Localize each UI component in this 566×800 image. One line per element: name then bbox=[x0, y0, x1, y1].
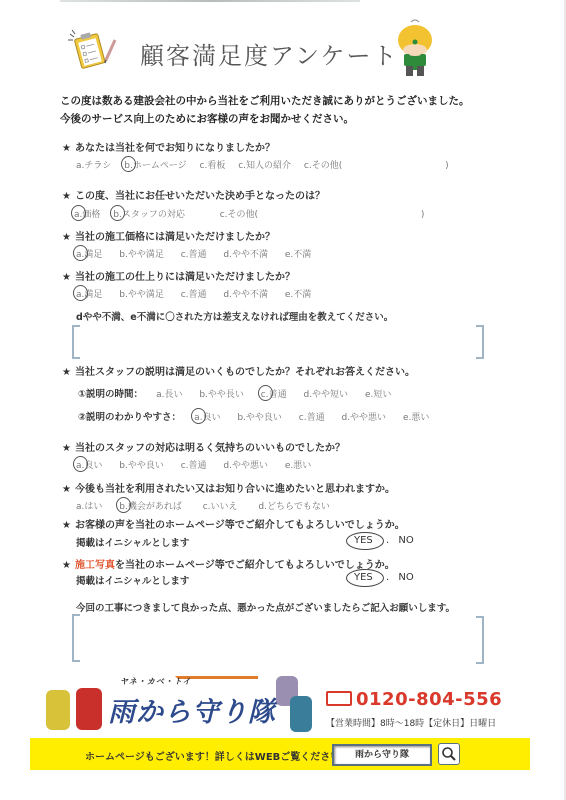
hero-character-blue-icon bbox=[290, 696, 312, 732]
comments-box-left-bracket bbox=[72, 614, 80, 662]
option-e[interactable]: e.悪い bbox=[285, 458, 311, 471]
option-a[interactable]: a.はい bbox=[76, 499, 102, 512]
question-7-options: a.はい b.機会があれば c.いいえ d.どちらでもない bbox=[76, 499, 340, 512]
question-3-options: a.満足 b.やや満足 c.普通 d.やや不満 e.不満 bbox=[76, 247, 321, 260]
no-option[interactable]: NO bbox=[398, 572, 413, 583]
intro-line-2: 今後のサービス向上のためにお客様の声をお聞かせください。 bbox=[60, 111, 354, 126]
option-e[interactable]: e.不満 bbox=[285, 287, 311, 300]
option-a-selected[interactable]: a.満足 bbox=[76, 247, 102, 260]
question-5: ★当社スタッフの説明は満足のいくものでしたか？それぞれお答えください。 bbox=[62, 363, 415, 378]
search-button[interactable] bbox=[438, 743, 460, 765]
phone-number[interactable]: 0120-804-556 bbox=[326, 689, 502, 710]
free-dial-icon bbox=[326, 691, 352, 706]
option-other-close: ) bbox=[445, 161, 449, 171]
sub-label: ①説明の時間： bbox=[78, 389, 143, 400]
option-c[interactable]: c.看板 bbox=[200, 158, 226, 171]
option-a[interactable]: a.長い bbox=[156, 387, 182, 400]
star-icon: ★ bbox=[62, 232, 71, 243]
separator: . bbox=[386, 535, 389, 546]
star-icon: ★ bbox=[62, 484, 71, 495]
star-icon: ★ bbox=[62, 560, 71, 571]
question-5-sub-2: ②説明のわかりやすさ： a.良い b.やや良い c.普通 d.やや悪い e.悪い bbox=[78, 409, 439, 423]
question-text: 今後も当社を利用されたい又はお知り合いに進めたいと思われますか。 bbox=[75, 484, 395, 495]
option-c[interactable]: c.普通 bbox=[299, 410, 325, 423]
option-d[interactable]: d.やや短い bbox=[303, 387, 348, 400]
question-text: あなたは当社を何でお知りになりましたか？ bbox=[75, 143, 275, 154]
hero-character-red-icon bbox=[76, 688, 102, 730]
banner-text: ホームページもございます！詳しくはWEBご覧ください bbox=[85, 748, 340, 763]
option-e[interactable]: e.短い bbox=[365, 387, 391, 400]
question-9: ★施工写真を当社のホームページ等でご紹介してもよろしいでしょうか。 bbox=[62, 556, 395, 571]
separator: . bbox=[386, 572, 389, 583]
option-b[interactable]: b.やや良い bbox=[237, 410, 282, 423]
question-text: この度、当社にお任せいただいた決め手となったのは？ bbox=[75, 191, 325, 202]
option-b[interactable]: b.やや長い bbox=[199, 387, 244, 400]
question-8-note: 掲載はイニシャルとします bbox=[76, 535, 189, 549]
question-text: 当社の施工価格には満足いただけましたか？ bbox=[75, 232, 275, 243]
option-d[interactable]: d.やや不満 bbox=[223, 287, 268, 300]
star-icon: ★ bbox=[62, 367, 71, 378]
option-b[interactable]: b.やや満足 bbox=[119, 247, 164, 260]
question-4-options: a.満足 b.やや満足 c.普通 d.やや不満 e.不満 bbox=[76, 287, 321, 300]
option-d[interactable]: c.知人の紹介 bbox=[238, 158, 291, 171]
magnifier-icon bbox=[439, 744, 459, 764]
question-1-options: a.チラシ b.ホームページ c.看板 c.知人の紹介 c.その他( ) bbox=[76, 158, 459, 171]
star-icon: ★ bbox=[62, 191, 71, 202]
option-a-selected[interactable]: a.良い bbox=[76, 458, 102, 471]
option-c[interactable]: c.普通 bbox=[181, 458, 207, 471]
option-e[interactable]: e.不満 bbox=[285, 247, 311, 260]
option-e[interactable]: e.悪い bbox=[403, 410, 429, 423]
option-other[interactable]: c.その他( bbox=[304, 158, 342, 171]
company-logo: 雨から守り隊 bbox=[108, 690, 276, 729]
question-3: ★当社の施工価格には満足いただけましたか？ bbox=[62, 228, 275, 243]
option-b[interactable]: b.やや良い bbox=[119, 458, 164, 471]
option-d[interactable]: d.やや悪い bbox=[223, 458, 268, 471]
option-c-selected[interactable]: c.普通 bbox=[261, 387, 287, 400]
question-8: ★お客様の声を当社のホームページ等でご紹介してもよろしいでしょうか。 bbox=[62, 516, 405, 531]
comments-prompt: 今回の工事につきまして良かった点、悪かった点がございましたらご記入お願いします。 bbox=[76, 600, 455, 614]
question-7: ★今後も当社を利用されたい又はお知り合いに進めたいと思われますか。 bbox=[62, 480, 395, 495]
option-a-selected[interactable]: a.満足 bbox=[76, 287, 102, 300]
question-6: ★当社のスタッフの対応は明るく気持ちのいいものでしたか？ bbox=[62, 439, 345, 454]
star-icon: ★ bbox=[62, 520, 71, 531]
question-text: 当社の施工の仕上りには満足いただけましたか？ bbox=[75, 272, 295, 283]
option-b-selected[interactable]: b.スタッフの対応 bbox=[113, 207, 185, 220]
question-4: ★当社の施工の仕上りには満足いただけましたか？ bbox=[62, 268, 295, 283]
highlight-text: 施工写真 bbox=[75, 560, 115, 571]
option-a-selected[interactable]: a.価格 bbox=[74, 207, 100, 220]
reason-box-left-bracket bbox=[72, 325, 80, 359]
search-input[interactable]: 雨から守り隊 bbox=[332, 744, 432, 766]
question-9-yes-no: YES . NO bbox=[350, 572, 414, 583]
no-option[interactable]: NO bbox=[398, 535, 413, 546]
logo-subtitle: ヤネ・カベ・トイ bbox=[120, 676, 191, 687]
question-2-options: a.価格 b.スタッフの対応 c.その他( ) bbox=[74, 207, 434, 220]
option-d[interactable]: d.どちらでもない bbox=[258, 499, 329, 512]
option-d[interactable]: d.やや不満 bbox=[223, 247, 268, 260]
business-hours: 【営業時間】8時～18時【定休日】日曜日 bbox=[326, 716, 496, 729]
option-d[interactable]: d.やや悪い bbox=[341, 410, 386, 423]
intro-line-1: この度は数ある建設会社の中から当社をご利用いただき誠にありがとうございました。 bbox=[60, 93, 470, 108]
question-text: 当社スタッフの説明は満足のいくものでしたか？それぞれお答えください。 bbox=[75, 367, 415, 378]
option-c[interactable]: c.いいえ bbox=[203, 499, 238, 512]
option-a-selected[interactable]: a.良い bbox=[194, 410, 220, 423]
sub-label: ②説明のわかりやすさ： bbox=[78, 412, 181, 423]
star-icon: ★ bbox=[62, 443, 71, 454]
star-icon: ★ bbox=[62, 143, 71, 154]
clipboard-icon bbox=[68, 28, 118, 72]
option-other-close: ) bbox=[421, 210, 425, 220]
page-title: 顧客満足度アンケート bbox=[140, 36, 399, 71]
option-b-selected[interactable]: b.ホームページ bbox=[124, 158, 186, 171]
question-text: 当社のスタッフの対応は明るく気持ちのいいものでしたか？ bbox=[75, 443, 345, 454]
option-c[interactable]: c.普通 bbox=[181, 247, 207, 260]
website-banner: ホームページもございます！詳しくはWEBご覧ください 雨から守り隊 bbox=[30, 738, 530, 770]
question-9-note: 掲載はイニシャルとします bbox=[76, 573, 189, 587]
option-c[interactable]: c.普通 bbox=[181, 287, 207, 300]
bowing-worker-mascot-icon bbox=[392, 18, 438, 78]
question-6-options: a.良い b.やや良い c.普通 d.やや悪い e.悪い bbox=[76, 458, 321, 471]
reason-input-area[interactable] bbox=[82, 325, 474, 357]
yes-option-selected[interactable]: YES bbox=[350, 572, 377, 583]
comments-input-area[interactable] bbox=[82, 614, 474, 660]
phone-number-text: 0120-804-556 bbox=[356, 689, 502, 710]
yes-option-selected[interactable]: YES bbox=[350, 535, 377, 546]
question-8-yes-no: YES . NO bbox=[350, 535, 414, 546]
hero-character-yellow-icon bbox=[46, 690, 70, 730]
question-text: を当社のホームページ等でご紹介してもよろしいでしょうか。 bbox=[115, 560, 395, 571]
scan-edge bbox=[60, 0, 360, 2]
option-b-selected[interactable]: b.機会があれば bbox=[119, 499, 182, 512]
option-b[interactable]: b.やや満足 bbox=[119, 287, 164, 300]
comments-box-right-bracket bbox=[476, 616, 484, 664]
star-icon: ★ bbox=[62, 272, 71, 283]
reason-box-right-bracket bbox=[476, 325, 484, 359]
question-5-sub-1: ①説明の時間： a.長い b.やや長い c.普通 d.やや短い e.短い bbox=[78, 386, 401, 400]
question-1: ★あなたは当社を何でお知りになりましたか？ bbox=[62, 139, 275, 154]
dissatisfied-reason-prompt: dやや不満、e不満に〇された方は差支えなければ理由を教えてください。 bbox=[76, 309, 393, 323]
option-a[interactable]: a.チラシ bbox=[76, 158, 111, 171]
question-text: お客様の声を当社のホームページ等でご紹介してもよろしいでしょうか。 bbox=[75, 520, 405, 531]
question-2: ★この度、当社にお任せいただいた決め手となったのは？ bbox=[62, 187, 325, 202]
option-other[interactable]: c.その他( bbox=[220, 207, 258, 220]
